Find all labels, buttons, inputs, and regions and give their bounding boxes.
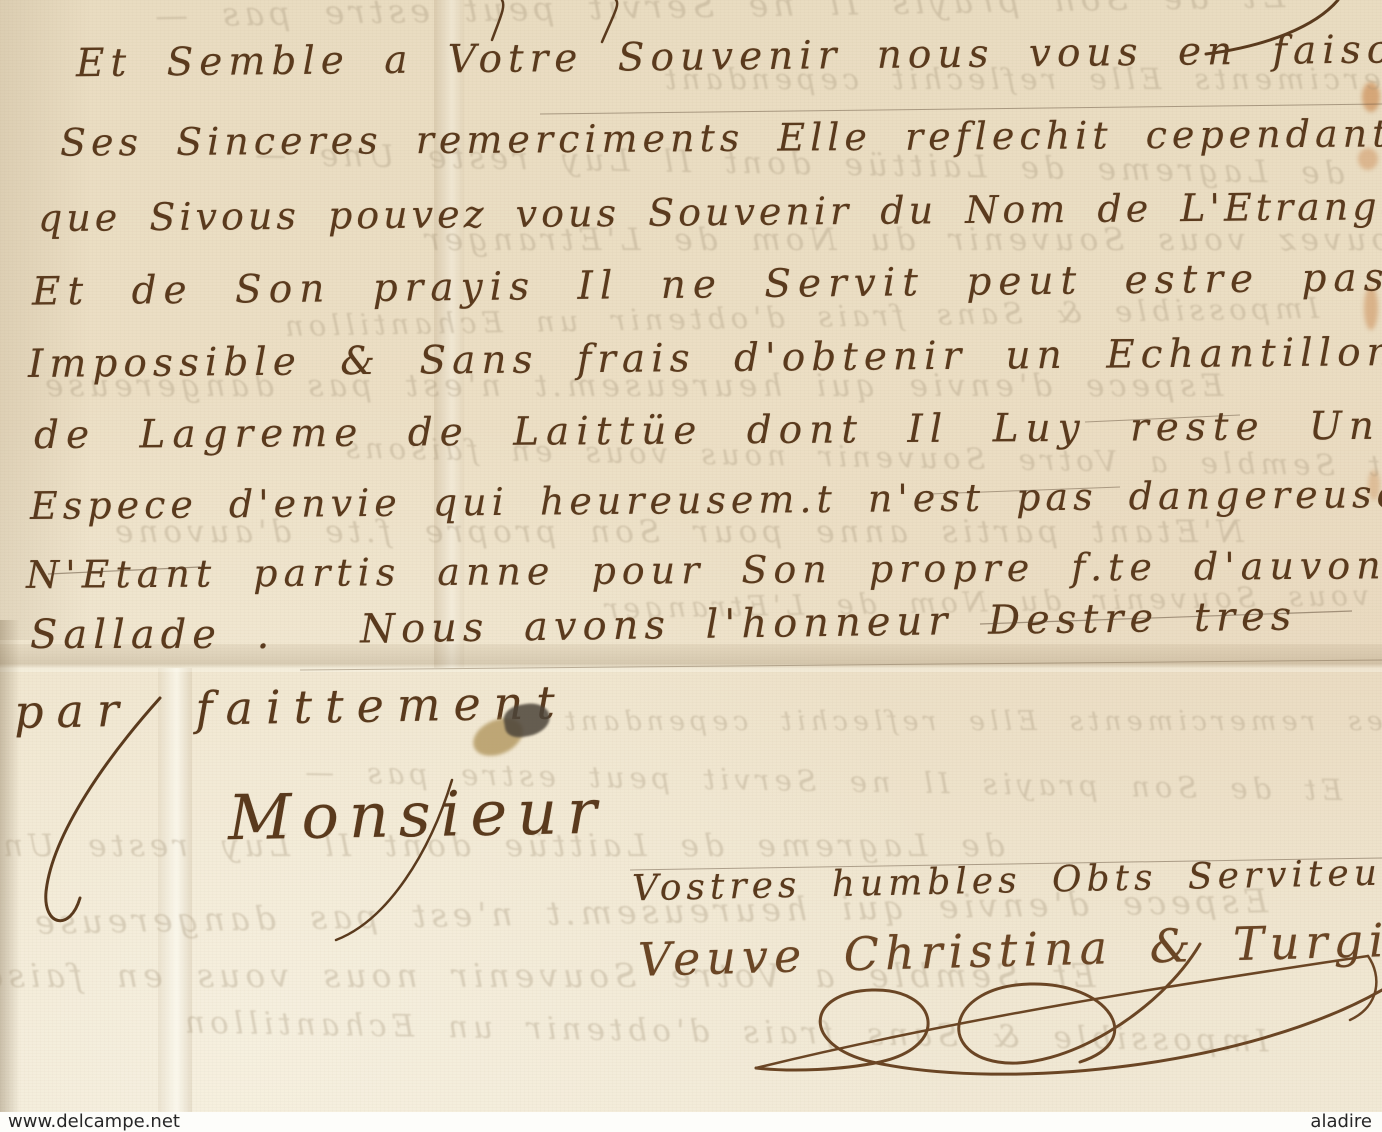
letter-scan: Et de Son prayis Il ne Servit peut estre… bbox=[0, 0, 1382, 1132]
crease-hairline bbox=[300, 660, 1382, 670]
manuscript-line-6: de Lagreme de Laittüe dont Il Luy reste … bbox=[34, 403, 1382, 458]
manuscript-line-2: Ses Sinceres remerciments Elle reflechit… bbox=[60, 111, 1382, 164]
watermark-aladire: aladire bbox=[1310, 1113, 1372, 1131]
bleed-through-text: Ses Sinceres remerciments Elle reflechit… bbox=[560, 706, 1382, 737]
ink-blot-core bbox=[502, 700, 553, 740]
manuscript-line-8: N'Etant partis anne pour Son propre f.te… bbox=[26, 543, 1382, 597]
bleed-through-text: Impossible & Sans frais d'obtenir un Ech… bbox=[180, 1005, 1269, 1060]
ink-blot bbox=[472, 704, 554, 760]
manuscript-line-9b: Nous avons l'honneur Destre tres bbox=[360, 593, 1298, 652]
watermark-delcampe: www.delcampe.net bbox=[8, 1113, 180, 1131]
top-left-shadow bbox=[0, 0, 90, 640]
watermark-strip bbox=[0, 1112, 1382, 1132]
salutation: Monsieur bbox=[227, 775, 607, 855]
manuscript-line-9a: Sallade . bbox=[30, 612, 275, 658]
